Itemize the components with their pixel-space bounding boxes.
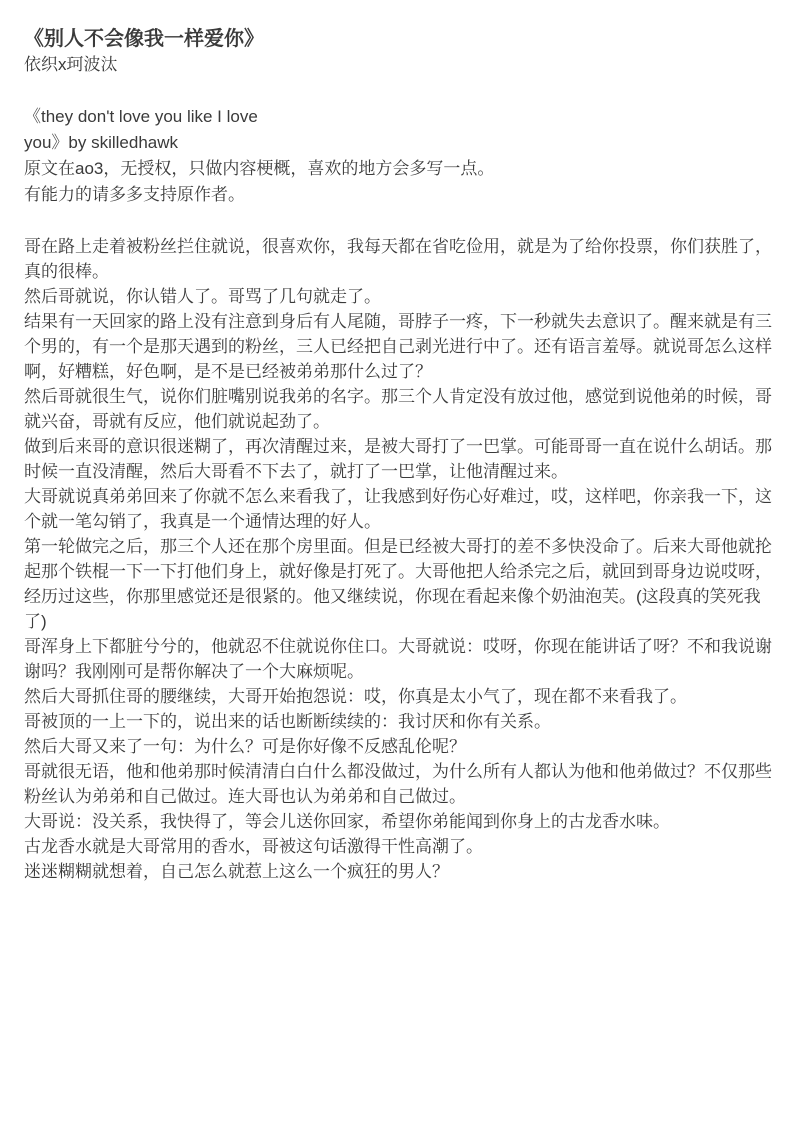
story-paragraph: 结果有一天回家的路上没有注意到身后有人尾随，哥脖子一疼，下一秒就失去意识了。醒来… (24, 309, 776, 384)
intro-block: 《they don't love you like I loveyou》by s… (24, 104, 776, 208)
story-body: 哥在路上走着被粉丝拦住就说，很喜欢你，我每天都在省吃俭用，就是为了给你投票，你们… (24, 234, 776, 884)
story-paragraph: 然后哥就很生气，说你们脏嘴别说我弟的名字。那三个人肯定没有放过他，感觉到说他弟的… (24, 384, 776, 434)
story-paragraph: 然后大哥又来了一句：为什么？可是你好像不反感乱伦呢？ (24, 734, 776, 759)
story-paragraph: 迷迷糊糊就想着，自己怎么就惹上这么一个疯狂的男人？ (24, 859, 776, 884)
story-paragraph: 做到后来哥的意识很迷糊了，再次清醒过来，是被大哥打了一巴掌。可能哥哥一直在说什么… (24, 434, 776, 484)
story-paragraph: 大哥说：没关系，我快得了，等会儿送你回家，希望你弟能闻到你身上的古龙香水味。 (24, 809, 776, 834)
story-paragraph: 然后大哥抓住哥的腰继续，大哥开始抱怨说：哎，你真是太小气了，现在都不来看我了。 (24, 684, 776, 709)
spacer (24, 208, 776, 234)
story-paragraph: 然后哥就说，你认错人了。哥骂了几句就走了。 (24, 284, 776, 309)
story-paragraph: 大哥就说真弟弟回来了你就不怎么来看我了，让我感到好伤心好难过，哎，这样吧，你亲我… (24, 484, 776, 534)
story-paragraph: 哥在路上走着被粉丝拦住就说，很喜欢你，我每天都在省吃俭用，就是为了给你投票，你们… (24, 234, 776, 284)
story-paragraph: 哥就很无语，他和他弟那时候清清白白什么都没做过，为什么所有人都认为他和他弟做过？… (24, 759, 776, 809)
page-title: 《别人不会像我一样爱你》 (24, 26, 776, 52)
story-paragraph: 哥浑身上下都脏兮兮的，他就忍不住就说你住口。大哥就说：哎呀，你现在能讲话了呀？不… (24, 634, 776, 684)
story-paragraph: 哥被顶的一上一下的，说出来的话也断断续续的：我讨厌和你有关系。 (24, 709, 776, 734)
intro-line: 《they don't love you like I love (24, 104, 776, 130)
intro-line: you》by skilledhawk (24, 130, 776, 156)
pairing-line: 依织x珂波汰 (24, 52, 776, 78)
story-paragraph: 古龙香水就是大哥常用的香水，哥被这句话激得干性高潮了。 (24, 834, 776, 859)
story-paragraph: 第一轮做完之后，那三个人还在那个房里面。但是已经被大哥打的差不多快没命了。后来大… (24, 534, 776, 634)
document-page: 《别人不会像我一样爱你》 依织x珂波汰 《they don't love you… (0, 0, 800, 1131)
intro-line: 原文在ao3，无授权，只做内容梗概，喜欢的地方会多写一点。 (24, 156, 776, 182)
intro-line: 有能力的请多多支持原作者。 (24, 182, 776, 208)
spacer (24, 78, 776, 104)
